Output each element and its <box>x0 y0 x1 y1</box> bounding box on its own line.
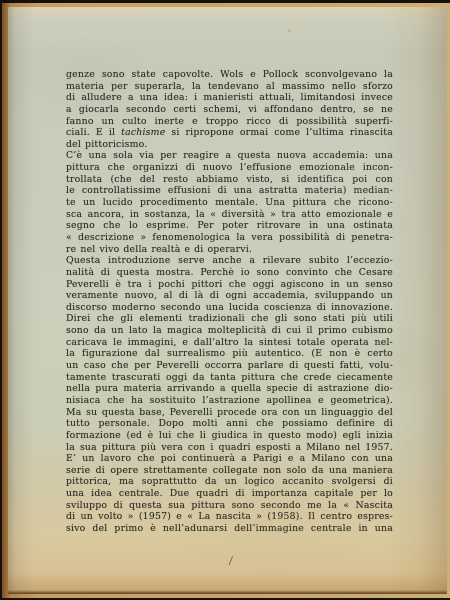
text-line: sivo del primo è nell’adunarsi dell’imma… <box>66 523 393 535</box>
text-line: « descrizione » fenomenologica la vera p… <box>66 232 393 244</box>
text-line: le controllatissime effusioni di una ast… <box>66 185 393 197</box>
text-line: genze sono state capovolte. Wols e Pollo… <box>66 69 393 81</box>
text-line: Questa introduzione serve anche a rileva… <box>66 255 393 267</box>
text-line: caricava le immagini, e dall’altro la si… <box>66 337 393 349</box>
text-line: veramente nuovo, al di là di ogni accade… <box>66 290 393 302</box>
text-block: genze sono state capovolte. Wols e Pollo… <box>66 69 393 535</box>
text-line: discorso moderno secondo una lucida cosc… <box>66 302 393 314</box>
text-line: sviluppo di questa sua pittura sono seco… <box>66 500 393 512</box>
italic-text: tachisme <box>121 127 165 138</box>
text-line: nisiaca che ha sostituito l’astrazione a… <box>66 395 393 407</box>
text-line: Ma su questa base, Peverelli procede ora… <box>66 407 393 419</box>
text-line: materia per superarla, la tendevano al m… <box>66 81 393 93</box>
text-line: segno che lo esprime. Per poter ritrovar… <box>66 220 393 232</box>
text-line: serie di opere strettamente collegate no… <box>66 465 393 477</box>
book-page: genze sono state capovolte. Wols e Pollo… <box>8 7 447 594</box>
text-line: tutto personale. Dopo molti anni che pos… <box>66 418 393 430</box>
text-line: re nel vivo della realtà e di operarvi. <box>66 244 393 256</box>
text-line: Direi che gli elementi tradizionali che … <box>66 313 393 325</box>
text-line: nalità di questa mostra. Perchè io sono … <box>66 267 393 279</box>
text-line: di un volto » (1957) e « La nascita » (1… <box>66 511 393 523</box>
text-line: di alludere a una idea: i manieristi att… <box>66 92 393 104</box>
text-line: pittorica, ma soprattutto da un logico a… <box>66 476 393 488</box>
text-line: Peverelli è tra i pochi pittori che oggi… <box>66 279 393 291</box>
text-line: C’è una sola via per reagire a questa nu… <box>66 150 393 162</box>
text-line: la figurazione dal surrealismo più auten… <box>66 348 393 360</box>
text-line: formazione (ed è lui che li giudica in q… <box>66 430 393 442</box>
text-line: sca ancora, in sostanza, la « diversità … <box>66 209 393 221</box>
text-line: del pittoricismo. <box>66 139 393 151</box>
text-line: un caso che per Peverelli occorra parlar… <box>66 360 393 372</box>
text-line: tamente trascurati oggi da tanta pittura… <box>66 372 393 384</box>
text-line: sono da un lato la magica molteplicità d… <box>66 325 393 337</box>
text-line: E’ un lavoro che poi continuerà a Parigi… <box>66 453 393 465</box>
text-line: ciali. E il tachisme si ripropone ormai … <box>66 127 393 139</box>
text-line: la sua pittura più vera con i quadri esp… <box>66 442 393 454</box>
stray-ink-mark: / <box>229 554 234 567</box>
text-line: trollata (che del resto abbiamo visto, s… <box>66 174 393 186</box>
text-line: nella pura materia arrivando a quella sp… <box>66 383 393 395</box>
text-line: una idea centrale. Due quadri di importa… <box>66 488 393 500</box>
text-line: fanno un culto inerte e troppo ricco di … <box>66 116 393 128</box>
text-line: te un lucido procedimento mentale. Una p… <box>66 197 393 209</box>
photo-frame: genze sono state capovolte. Wols e Pollo… <box>0 0 450 600</box>
text-line: a giocarla secondo certi schemi, vi affo… <box>66 104 393 116</box>
text-line: pittura che organizzi di nuovo l’effusio… <box>66 162 393 174</box>
